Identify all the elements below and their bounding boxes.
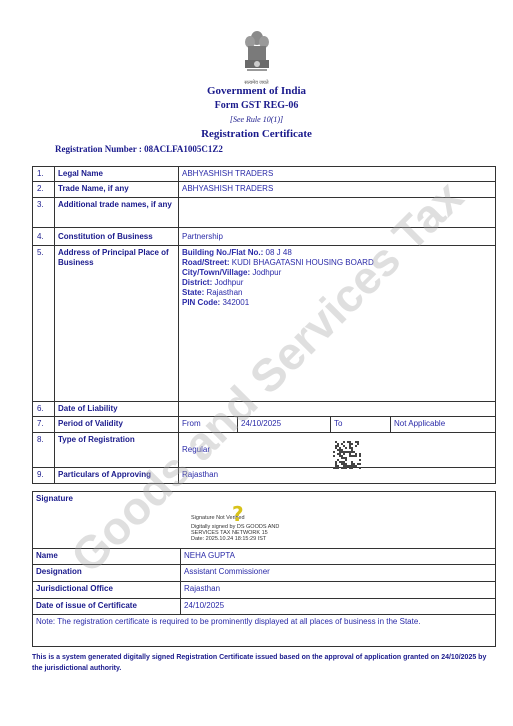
table-row: Date of issue of Certificate 24/10/2025 — [33, 599, 496, 615]
row-label: Constitution of Business — [55, 228, 179, 246]
row-number: 1. — [33, 167, 55, 182]
jurisdictional-office-label: Jurisdictional Office — [33, 582, 181, 599]
table-row: 6. Date of Liability — [33, 402, 496, 417]
row-number: 9. — [33, 468, 55, 484]
table-row: 8. Type of Registration Regular — [33, 433, 496, 468]
form-name: Form GST REG-06 — [0, 100, 513, 111]
table-row: 9. Particulars of Approving Rajasthan — [33, 468, 496, 484]
trade-name-value: ABHYASHISH TRADERS — [179, 182, 496, 198]
constitution-value: Partnership — [179, 228, 496, 246]
row-label: Trade Name, if any — [55, 182, 179, 198]
qr-code-icon — [333, 441, 361, 469]
registration-details-table: 1. Legal Name ABHYASHISH TRADERS 2. Trad… — [32, 166, 496, 484]
city-label: City/Town/Village: — [182, 268, 250, 277]
registration-type-value: Regular — [182, 445, 210, 454]
building-label: Building No./Flat No.: — [182, 248, 263, 257]
date-of-liability-value — [179, 402, 496, 417]
row-label: Date of Liability — [55, 402, 179, 417]
address-value: Building No./Flat No.: 08 J 48 Road/Stre… — [179, 246, 496, 402]
rule-reference: [See Rule 10(1)] — [0, 115, 513, 124]
pin-value: 342001 — [220, 298, 249, 307]
certificate-title: Registration Certificate — [0, 128, 513, 140]
note-row: Note: The registration certificate is re… — [33, 615, 496, 647]
to-label: To — [331, 417, 391, 433]
signature-date: Date: 2025.10.24 18:15:29 IST — [191, 536, 279, 542]
issue-date-label: Date of issue of Certificate — [33, 599, 181, 615]
signature-cell: Signature Signature Not Verified Digital… — [33, 492, 496, 549]
india-emblem-icon — [240, 28, 274, 80]
table-row: 7. Period of Validity From 24/10/2025 To… — [33, 417, 496, 433]
signature-table: Signature Signature Not Verified Digital… — [32, 491, 496, 647]
row-label: Additional trade names, if any — [55, 198, 179, 228]
row-label: Particulars of Approving — [55, 468, 179, 484]
certificate-page: सत्यमेव जयते Government of India Form GS… — [0, 0, 513, 726]
state-label: State: — [182, 288, 204, 297]
district-label: District: — [182, 278, 212, 287]
row-number: 2. — [33, 182, 55, 198]
issue-date-value: 24/10/2025 — [181, 599, 496, 615]
designation-value: Assistant Commissioner — [181, 565, 496, 582]
table-row: 5. Address of Principal Place of Busines… — [33, 246, 496, 402]
table-row: 2. Trade Name, if any ABHYASHISH TRADERS — [33, 182, 496, 198]
row-number: 3. — [33, 198, 55, 228]
district-value: Jodhpur — [212, 278, 243, 287]
additional-trade-names-value — [179, 198, 496, 228]
from-label: From — [179, 417, 238, 433]
valid-from-value: 24/10/2025 — [238, 417, 331, 433]
row-label: Address of Principal Place of Business — [55, 246, 179, 402]
pin-label: PIN Code: — [182, 298, 220, 307]
table-row: 3. Additional trade names, if any — [33, 198, 496, 228]
officer-name-value: NEHA GUPTA — [181, 549, 496, 565]
jurisdictional-office-value: Rajasthan — [181, 582, 496, 599]
row-label: Period of Validity — [55, 417, 179, 433]
building-value: 08 J 48 — [263, 248, 291, 257]
row-label: Legal Name — [55, 167, 179, 182]
table-row: Designation Assistant Commissioner — [33, 565, 496, 582]
table-row: Jurisdictional Office Rajasthan — [33, 582, 496, 599]
question-mark-icon: ? — [232, 509, 244, 519]
system-generated-footer: This is a system generated digitally sig… — [32, 652, 492, 674]
valid-to-value: Not Applicable — [391, 417, 496, 433]
row-number: 5. — [33, 246, 55, 402]
road-value: KUDI BHAGATASNI HOUSING BOARD — [230, 258, 374, 267]
signature-label: Signature — [36, 494, 492, 504]
city-value: Jodhpur — [250, 268, 281, 277]
legal-name-value: ABHYASHISH TRADERS — [179, 167, 496, 182]
row-number: 7. — [33, 417, 55, 433]
row-number: 6. — [33, 402, 55, 417]
row-label: Type of Registration — [55, 433, 179, 468]
approving-authority-value: Rajasthan — [179, 468, 496, 484]
officer-name-label: Name — [33, 549, 181, 565]
government-title: Government of India — [0, 85, 513, 97]
row-number: 8. — [33, 433, 55, 468]
row-number: 4. — [33, 228, 55, 246]
table-row: 4. Constitution of Business Partnership — [33, 228, 496, 246]
table-row: 1. Legal Name ABHYASHISH TRADERS — [33, 167, 496, 182]
signature-row: Signature Signature Not Verified Digital… — [33, 492, 496, 549]
table-row: Name NEHA GUPTA — [33, 549, 496, 565]
road-label: Road/Street: — [182, 258, 230, 267]
state-value: Rajasthan — [204, 288, 242, 297]
display-note: Note: The registration certificate is re… — [33, 615, 496, 647]
registration-number: Registration Number : 08ACLFA1005C1Z2 — [55, 144, 223, 154]
designation-label: Designation — [33, 565, 181, 582]
